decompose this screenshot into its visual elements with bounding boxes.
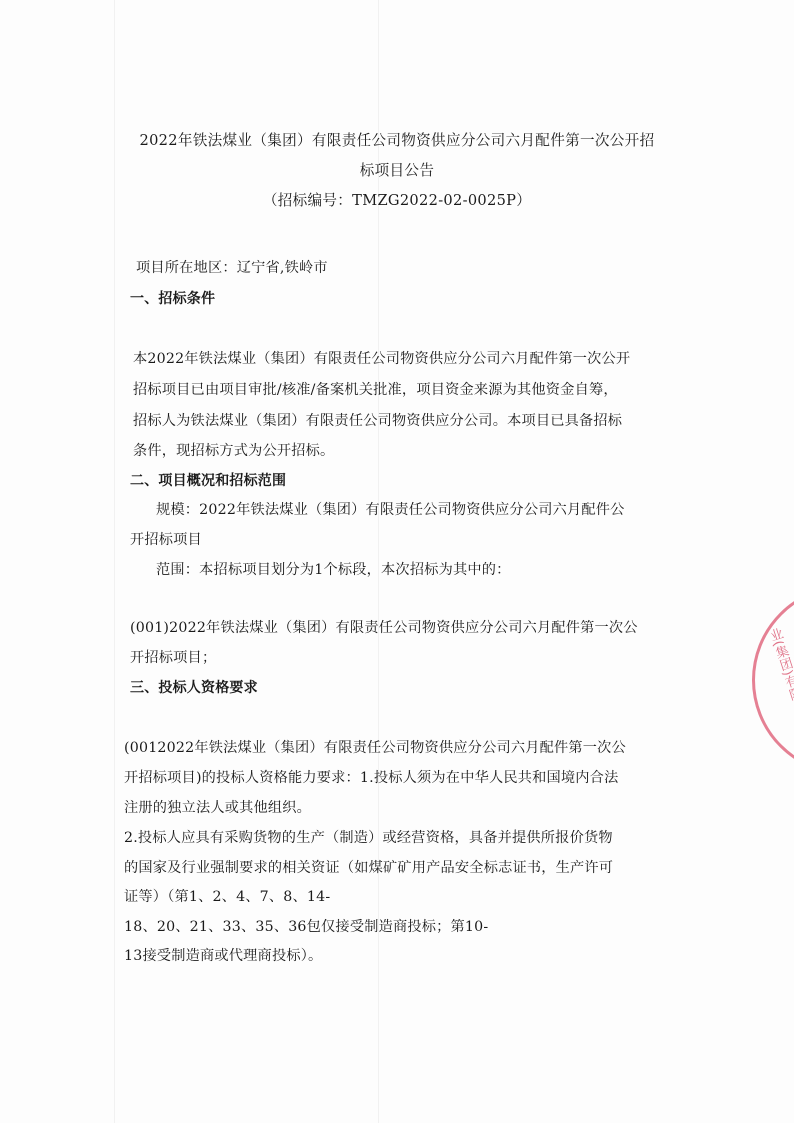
section-heading-project-overview: 二、项目概况和招标范围	[130, 471, 286, 491]
paragraph-line: 条件，现招标方式为公开招标。	[133, 441, 334, 461]
paragraph-line: 的国家及行业强制要求的相关资证（如煤矿矿用产品安全标志证书，生产许可	[124, 858, 613, 878]
section-heading-bidder-qualifications: 三、投标人资格要求	[130, 678, 258, 698]
paragraph-line: 本2022年铁法煤业（集团）有限责任公司物资供应分公司六月配件第一次公开	[133, 349, 630, 369]
paragraph-line: 18、20、21、33、35、36包仅接受制造商投标；第10-	[124, 917, 488, 937]
paragraph-line: 证等）（第1、2、4、7、8、14-	[124, 887, 330, 907]
document-title-line-2: 标项目公告	[0, 161, 794, 181]
paragraph-line: 规模：2022年铁法煤业（集团）有限责任公司物资供应分公司六月配件公	[156, 500, 625, 520]
bid-number: （招标编号：TMZG2022-02-0025P）	[0, 191, 794, 211]
paragraph-line: 开招标项目)的投标人资格能力要求：1.投标人须为在中华人民共和国境内合法	[124, 768, 618, 788]
document-page: 2022年铁法煤业（集团）有限责任公司物资供应分公司六月配件第一次公开招 标项目…	[0, 0, 794, 1123]
paragraph-line: 2.投标人应具有采购货物的生产（制造）或经营资格，具备并提供所报价货物	[124, 828, 613, 848]
paragraph-line: 范围：本招标项目划分为1个标段，本次招标为其中的：	[156, 560, 511, 580]
paragraph-line: (0012022年铁法煤业（集团）有限责任公司物资供应分公司六月配件第一次公	[124, 738, 626, 758]
paragraph-line: 招标人为铁法煤业（集团）有限责任公司物资供应分公司。本项目已具备招标	[133, 411, 622, 431]
paragraph-line: 13接受制造商或代理商投标）。	[124, 946, 322, 966]
document-title-line-1: 2022年铁法煤业（集团）有限责任公司物资供应分公司六月配件第一次公开招	[0, 131, 794, 151]
paragraph-line: 开招标项目；	[130, 648, 216, 668]
section-heading-bid-conditions: 一、招标条件	[130, 289, 215, 309]
paragraph-line: 注册的独立法人或其他组织。	[124, 798, 311, 818]
paragraph-line: 开招标项目	[130, 530, 202, 550]
paragraph-line: (001)2022年铁法煤业（集团）有限责任公司物资供应分公司六月配件第一次公	[130, 618, 638, 638]
paragraph-line: 招标项目已由项目审批/核准/备案机关批准，项目资金来源为其他资金自筹，	[133, 380, 618, 400]
project-region: 项目所在地区：辽宁省,铁岭市	[136, 258, 328, 278]
